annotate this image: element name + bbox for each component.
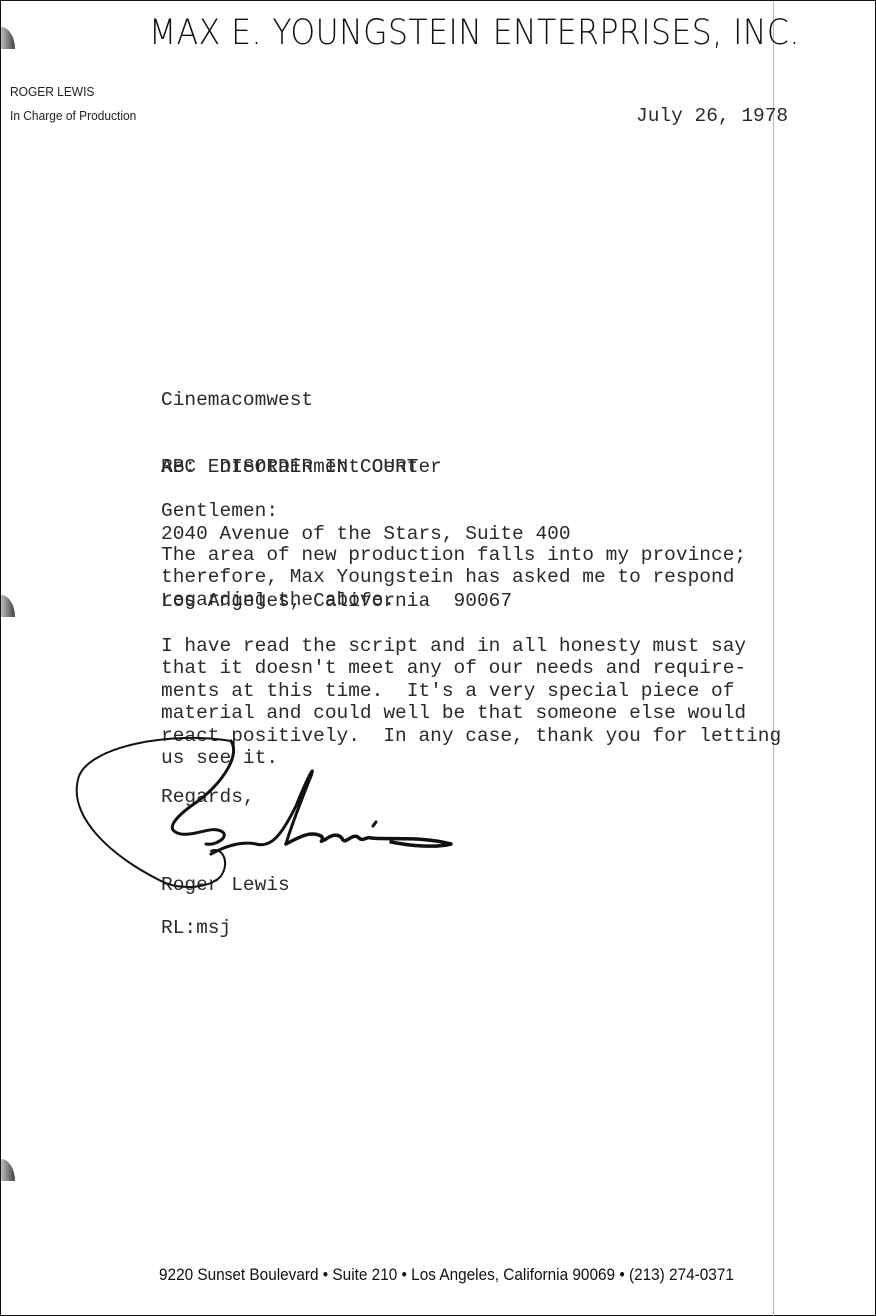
letterhead-footer-address: 9220 Sunset Boulevard • Suite 210 • Los … <box>159 1266 734 1285</box>
handwritten-signature-icon <box>71 736 471 906</box>
sender-name: ROGER LEWIS <box>10 84 94 99</box>
letter-page: MAX E. YOUNGSTEIN ENTERPRISES, INC. ROGE… <box>0 0 876 1316</box>
punch-hole-icon <box>1 595 15 617</box>
letter-date: July 26, 1978 <box>636 105 788 127</box>
salutation: Gentlemen: <box>161 500 278 522</box>
subject-line: Re: DISORDER IN COURT <box>161 456 418 478</box>
address-line: Cinemacomwest <box>161 389 571 411</box>
address-line: 2040 Avenue of the Stars, Suite 400 <box>161 523 571 545</box>
punch-hole-icon <box>1 27 15 49</box>
company-letterhead: MAX E. YOUNGSTEIN ENTERPRISES, INC. <box>149 13 800 53</box>
punch-hole-icon <box>1 1159 15 1181</box>
body-paragraph: The area of new production falls into my… <box>161 544 746 611</box>
sender-title: In Charge of Production <box>10 108 136 123</box>
reference-initials: RL:msj <box>161 917 231 939</box>
